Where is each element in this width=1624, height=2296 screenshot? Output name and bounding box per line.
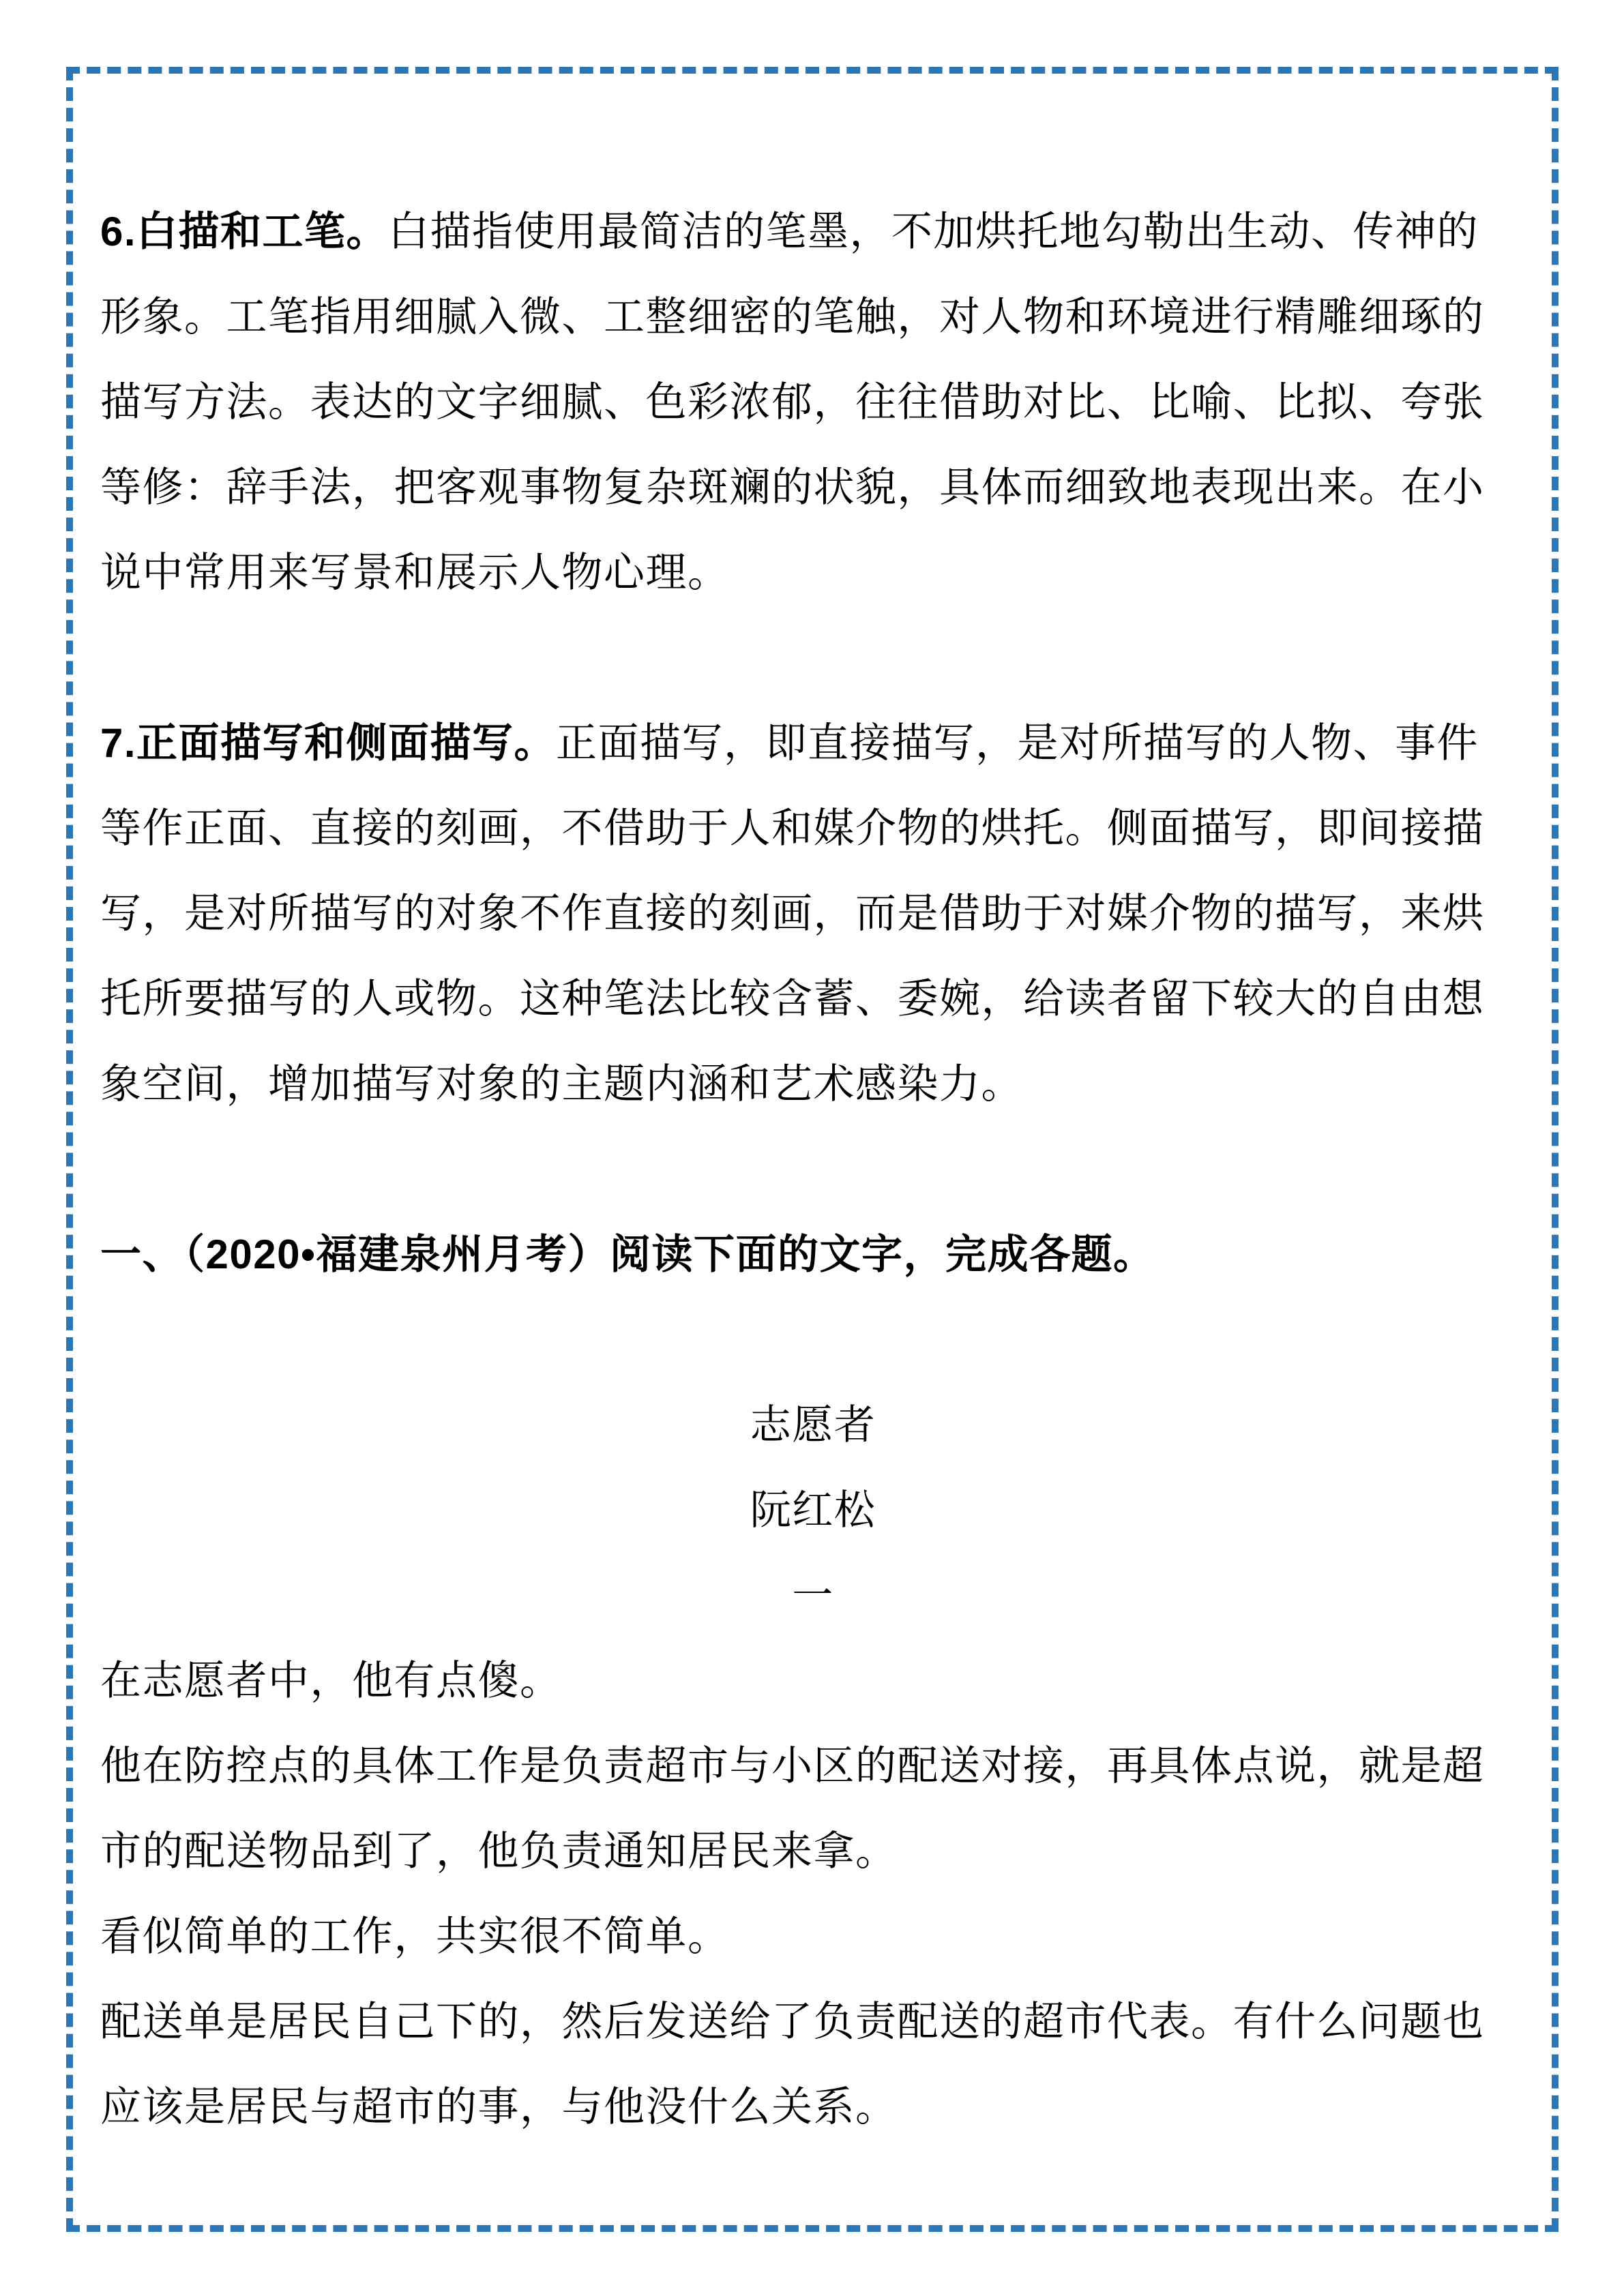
note-6-text: 白描指使用最简洁的笔墨，不加烘托地勾勒出生动、传神的 <box>388 209 1479 254</box>
note-7-line-2: 等作正面、直接的刻画，不借助于人和媒介物的烘托。侧面描写，即间接描 <box>100 786 1526 871</box>
blank-line <box>100 1297 1526 1382</box>
note-7-text: 象空间，增加描写对象的主题内涵和艺术感染力。 <box>100 1061 1023 1107</box>
note-6-text: 说中常用来写景和展示人物心理。 <box>100 550 730 595</box>
note-7-bold-label: 7.正面描写和侧面描写。 <box>100 720 556 766</box>
story-title: 志愿者 <box>100 1382 1526 1467</box>
story-line: 在志愿者中，他有点傻。 <box>100 1638 1526 1723</box>
note-7-line-4: 托所要描写的人或物。这种笔法比较含蓄、委婉，给读者留下较大的自由想 <box>100 956 1526 1041</box>
story-section-marker: 一 <box>100 1553 1526 1638</box>
note-7-text: 写，是对所描写的对象不作直接的刻画，而是借助于对媒介物的描写，来烘 <box>100 891 1485 936</box>
note-6-line-3: 描写方法。表达的文字细腻、色彩浓郁，往往借助对比、比喻、比拟、夸张 <box>100 359 1526 445</box>
note-6-line-1: 6.白描和工笔。白描指使用最简洁的笔墨，不加烘托地勾勒出生动、传神的 <box>100 189 1526 274</box>
note-6-text: 形象。工笔指用细腻入微、工整细密的笔触，对人物和环境进行精雕细琢的 <box>100 294 1485 340</box>
note-6-text: 等修：辞手法，把客观事物复杂斑斓的状貌，具体而细致地表现出来。在小 <box>100 464 1485 510</box>
note-6-text: 描写方法。表达的文字细腻、色彩浓郁，往往借助对比、比喻、比拟、夸张 <box>100 379 1485 425</box>
story-line: 配送单是居民自己下的，然后发送给了负责配送的超市代表。有什么问题也 <box>100 1979 1526 2064</box>
note-7-text: 等作正面、直接的刻画，不借助于人和媒介物的烘托。侧面描写，即间接描 <box>100 805 1485 851</box>
note-6-line-2: 形象。工笔指用细腻入微、工整细密的笔触，对人物和环境进行精雕细琢的 <box>100 274 1526 359</box>
page: { "page": { "background_color": "#ffffff… <box>0 0 1624 2296</box>
story-line: 市的配送物品到了，他负责通知居民来拿。 <box>100 1808 1526 1894</box>
note-6-line-4: 等修：辞手法，把客观事物复杂斑斓的状貌，具体而细致地表现出来。在小 <box>100 445 1526 530</box>
note-6-line-5: 说中常用来写景和展示人物心理。 <box>100 530 1526 615</box>
story-line: 应该是居民与超市的事，与他没什么关系。 <box>100 2064 1526 2149</box>
exercise-heading: 一、（2020•福建泉州月考）阅读下面的文字，完成各题。 <box>100 1212 1526 1297</box>
note-7-text: 托所要描写的人或物。这种笔法比较含蓄、委婉，给读者留下较大的自由想 <box>100 976 1485 1022</box>
story-author: 阮红松 <box>100 1467 1526 1553</box>
note-7-line-5: 象空间，增加描写对象的主题内涵和艺术感染力。 <box>100 1041 1526 1127</box>
document-content: 6.白描和工笔。白描指使用最简洁的笔墨，不加烘托地勾勒出生动、传神的 形象。工笔… <box>100 189 1526 2149</box>
blank-line <box>100 615 1526 700</box>
note-7-text: 正面描写，即直接描写，是对所描写的人物、事件 <box>556 720 1479 766</box>
story-line: 看似简单的工作，共实很不简单。 <box>100 1894 1526 1979</box>
note-7-line-1: 7.正面描写和侧面描写。正面描写，即直接描写，是对所描写的人物、事件 <box>100 700 1526 786</box>
note-6-bold-label: 6.白描和工笔。 <box>100 209 388 254</box>
story-line: 他在防控点的具体工作是负责超市与小区的配送对接，再具体点说，就是超 <box>100 1723 1526 1808</box>
blank-line <box>100 1127 1526 1212</box>
note-7-line-3: 写，是对所描写的对象不作直接的刻画，而是借助于对媒介物的描写，来烘 <box>100 871 1526 956</box>
